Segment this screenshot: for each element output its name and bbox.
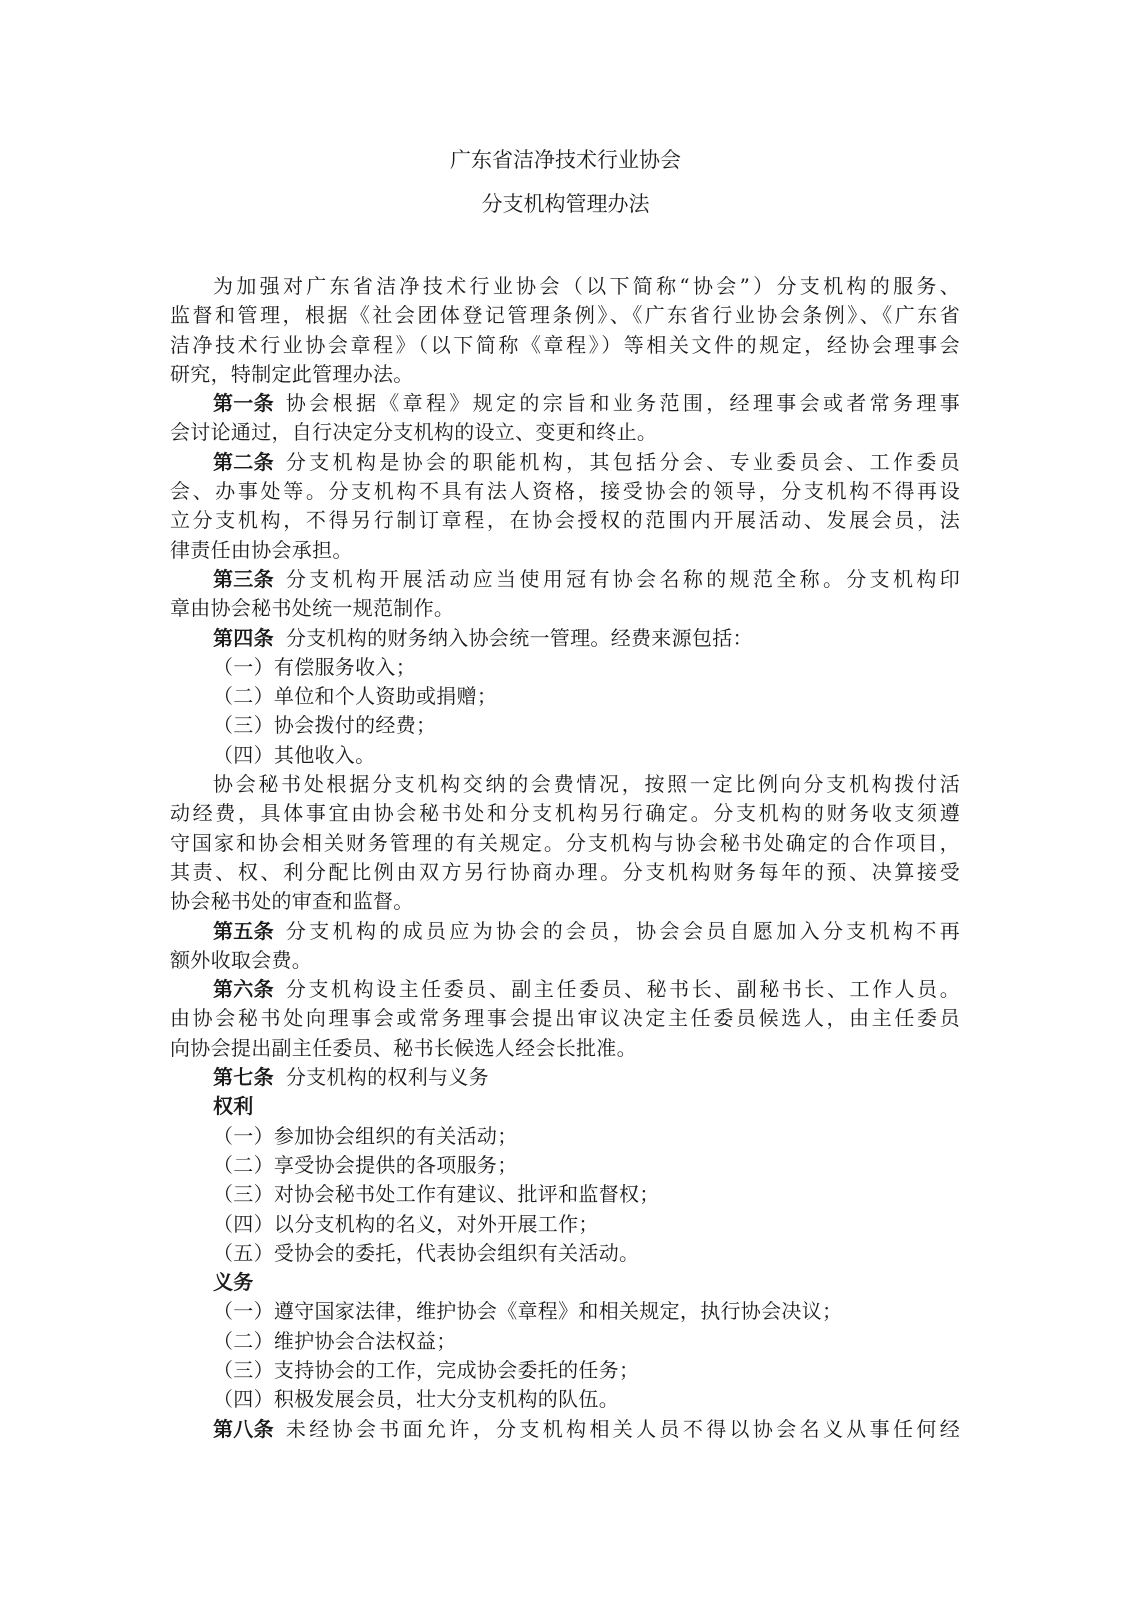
article-line: 第八条未经协会书面允许，分支机构相关人员不得以协会名义从事任何经 [170,1415,960,1444]
article-text: 分支机构的权利与义务 [286,1065,489,1089]
article-line: 第三条分支机构开展活动应当使用冠有协会名称的规范全称。分支机构印 [170,565,960,594]
list-item: （四）以分支机构的名义，对外开展工作； [170,1210,960,1239]
paragraph-line: 额外收取会费。 [170,946,960,975]
paragraph-line: 协会秘书处的审查和监督。 [170,887,960,916]
section-heading: 义务 [170,1268,960,1297]
paragraph-line: 研究，特制定此管理办法。 [170,360,960,389]
paragraph-line: 由协会秘书处向理事会或常务理事会提出审议决定主任委员候选人，由主任委员 [170,1004,960,1033]
paragraph-line: 动经费，具体事宜由协会秘书处和分支机构另行确定。分支机构的财务收支须遵 [170,799,960,828]
article-line: 第一条协会根据《章程》规定的宗旨和业务范围，经理事会或者常务理事 [170,389,960,418]
article-line: 第二条分支机构是协会的职能机构，其包括分会、专业委员会、工作委员 [170,448,960,477]
article-number: 第四条 [213,626,274,650]
list-item: （二）单位和个人资助或捐赠； [170,682,960,711]
list-item: （四）积极发展会员，壮大分支机构的队伍。 [170,1385,960,1414]
list-item: （二）维护协会合法权益； [170,1327,960,1356]
list-item: （一）有偿服务收入； [170,653,960,682]
article-line: 第七条分支机构的权利与义务 [170,1063,960,1092]
paragraph-line: 协会秘书处根据分支机构交纳的会费情况，按照一定比例向分支机构拨付活 [170,770,960,799]
list-item: （三）协会拨付的经费； [170,711,960,740]
article-line: 第五条分支机构的成员应为协会的会员，协会会员自愿加入分支机构不再 [170,917,960,946]
article-number: 第八条 [213,1415,274,1444]
document-title: 广东省洁净技术行业协会 [0,144,1131,174]
article-text: 分支机构设主任委员、副主任委员、秘书长、副秘书长、工作人员。 [286,975,960,1004]
paragraph-line: 律责任由协会承担。 [170,536,960,565]
article-text: 分支机构的财务纳入协会统一管理。经费来源包括： [286,626,753,650]
document-body: 为加强对广东省洁净技术行业协会（以下简称“协会”）分支机构的服务、监督和管理，根… [170,272,960,1444]
article-number: 第三条 [213,565,274,594]
paragraph-line: 会讨论通过，自行决定分支机构的设立、变更和终止。 [170,418,960,447]
article-number: 第五条 [213,917,274,946]
document-subtitle: 分支机构管理办法 [0,188,1131,218]
section-heading: 权利 [170,1092,960,1121]
article-text: 协会根据《章程》规定的宗旨和业务范围，经理事会或者常务理事 [286,389,960,418]
paragraph-line: 洁净技术行业协会章程》（以下简称《章程》）等相关文件的规定，经协会理事会 [170,331,960,360]
list-item: （一）参加协会组织的有关活动； [170,1122,960,1151]
paragraph-line: 其责、权、利分配比例由双方另行协商办理。分支机构财务每年的预、决算接受 [170,858,960,887]
paragraph-line: 向协会提出副主任委员、秘书长候选人经会长批准。 [170,1034,960,1063]
paragraph-line: 监督和管理，根据《社会团体登记管理条例》、《广东省行业协会条例》、《广东省 [170,301,960,330]
list-item: （一）遵守国家法律，维护协会《章程》和相关规定，执行协会决议； [170,1297,960,1326]
list-item: （三）对协会秘书处工作有建议、批评和监督权； [170,1180,960,1209]
article-number: 第二条 [213,448,274,477]
list-item: （四）其他收入。 [170,741,960,770]
article-number: 第一条 [213,389,274,418]
article-line: 第四条分支机构的财务纳入协会统一管理。经费来源包括： [170,624,960,653]
document-page: 广东省洁净技术行业协会 分支机构管理办法 为加强对广东省洁净技术行业协会（以下简… [0,0,1131,1600]
article-number: 第七条 [213,1065,274,1089]
article-line: 第六条分支机构设主任委员、副主任委员、秘书长、副秘书长、工作人员。 [170,975,960,1004]
paragraph-line: 会、办事处等。分支机构不具有法人资格，接受协会的领导，分支机构不得再设 [170,477,960,506]
article-text: 分支机构开展活动应当使用冠有协会名称的规范全称。分支机构印 [286,565,960,594]
list-item: （五）受协会的委托，代表协会组织有关活动。 [170,1239,960,1268]
paragraph-line: 立分支机构，不得另行制订章程，在协会授权的范围内开展活动、发展会员，法 [170,506,960,535]
article-text: 分支机构是协会的职能机构，其包括分会、专业委员会、工作委员 [286,448,960,477]
paragraph-line: 守国家和协会相关财务管理的有关规定。分支机构与协会秘书处确定的合作项目， [170,829,960,858]
paragraph-line: 章由协会秘书处统一规范制作。 [170,594,960,623]
article-text: 未经协会书面允许，分支机构相关人员不得以协会名义从事任何经 [286,1415,960,1444]
article-text: 分支机构的成员应为协会的会员，协会会员自愿加入分支机构不再 [286,917,960,946]
list-item: （二）享受协会提供的各项服务； [170,1151,960,1180]
article-number: 第六条 [213,975,274,1004]
paragraph-line: 为加强对广东省洁净技术行业协会（以下简称“协会”）分支机构的服务、 [170,272,960,301]
list-item: （三）支持协会的工作，完成协会委托的任务； [170,1356,960,1385]
